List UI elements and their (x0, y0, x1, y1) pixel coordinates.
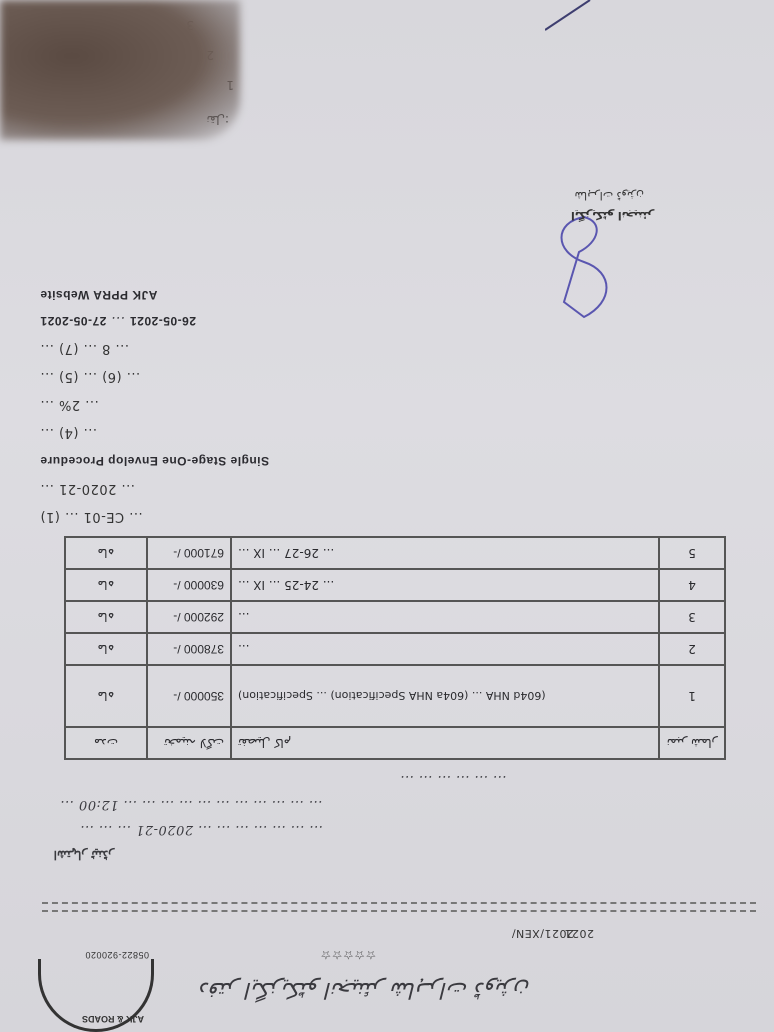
table-row: 2 ... 378000 /- ماہ (65, 633, 725, 665)
condition-line-1: (1) ... CE-01 ... (40, 509, 143, 524)
header-divider (42, 902, 756, 912)
condition-line-3: Single Stage-One Envelop Procedure (40, 453, 269, 468)
logo-text: AJK & ROADS (82, 1014, 144, 1024)
pen-mark (545, 0, 595, 32)
table-row: 3 ... 292000 /- ماہ (65, 601, 725, 633)
condition-line-6: ... (5) ... (6) ... (40, 369, 140, 384)
signature (544, 212, 624, 322)
table-header-row: نمبر شمار تفصیل کام تخمینہ لاگت مدت (65, 727, 725, 759)
header-amount: تخمینہ لاگت (147, 727, 231, 759)
closing-date: 27-05-2021 (40, 314, 106, 328)
signature-subtitle: شاہرات ڈویژن (575, 189, 644, 202)
condition-line-5: ... 2% ... (40, 397, 99, 412)
condition-line-4: ... (4) ... (40, 425, 97, 440)
date-year: 2021 (564, 927, 594, 940)
phone-number: 05822-920020 (85, 950, 149, 960)
table-row: 1 (604d NHA ... (604a NHA Specification)… (65, 665, 725, 727)
hand-shadow (0, 0, 240, 140)
intro-line-3: ... ... ... ... ... ... (400, 772, 507, 787)
document-rotated: AJK & ROADS دفتر ایگزیکٹو انجینئر شاہرات… (0, 0, 774, 1032)
department-title: دفتر ایگزیکٹو انجینئر شاہرات ڈویژن (200, 977, 530, 1002)
notice-heading: اشتہار ٹینڈر (54, 848, 114, 862)
procedure-text: Single Stage-One Envelop Procedure (40, 454, 269, 468)
table-row: 4 ... 24-25 ... IX ... 630000 /- ماہ (65, 569, 725, 601)
condition-line-8: 26-05-2021 ... 27-05-2021 (40, 313, 196, 328)
works-table: نمبر شمار تفصیل کام تخمینہ لاگت مدت 1 (6… (64, 536, 726, 760)
condition-line-7: ... (7) ... 8 ... (40, 341, 129, 356)
stars: ☆☆☆☆☆ (320, 948, 376, 962)
signature-title: ایگزیکٹو انجینئر (571, 209, 654, 222)
condition-line-2: ... 2020-21 ... (40, 481, 135, 496)
table-row: 5 ... 26-27 ... IX ... 671000 /- ماہ (65, 537, 725, 569)
ppra-website: AJK PPRA Website (40, 288, 157, 302)
header-sno: نمبر شمار (659, 727, 725, 759)
condition-line-9: AJK PPRA Website (40, 287, 157, 302)
header-description: تفصیل کام (231, 727, 659, 759)
opening-date: 26-05-2021 (130, 314, 196, 328)
header-duration: مدت (65, 727, 147, 759)
intro-line-1: ... ... ... 2020-21 ... ... ... ... ... … (80, 822, 323, 837)
ref-no: /XEN/ (511, 927, 544, 940)
intro-line-2: ... 12:00 ... ... ... ... ... ... ... ..… (60, 797, 322, 812)
